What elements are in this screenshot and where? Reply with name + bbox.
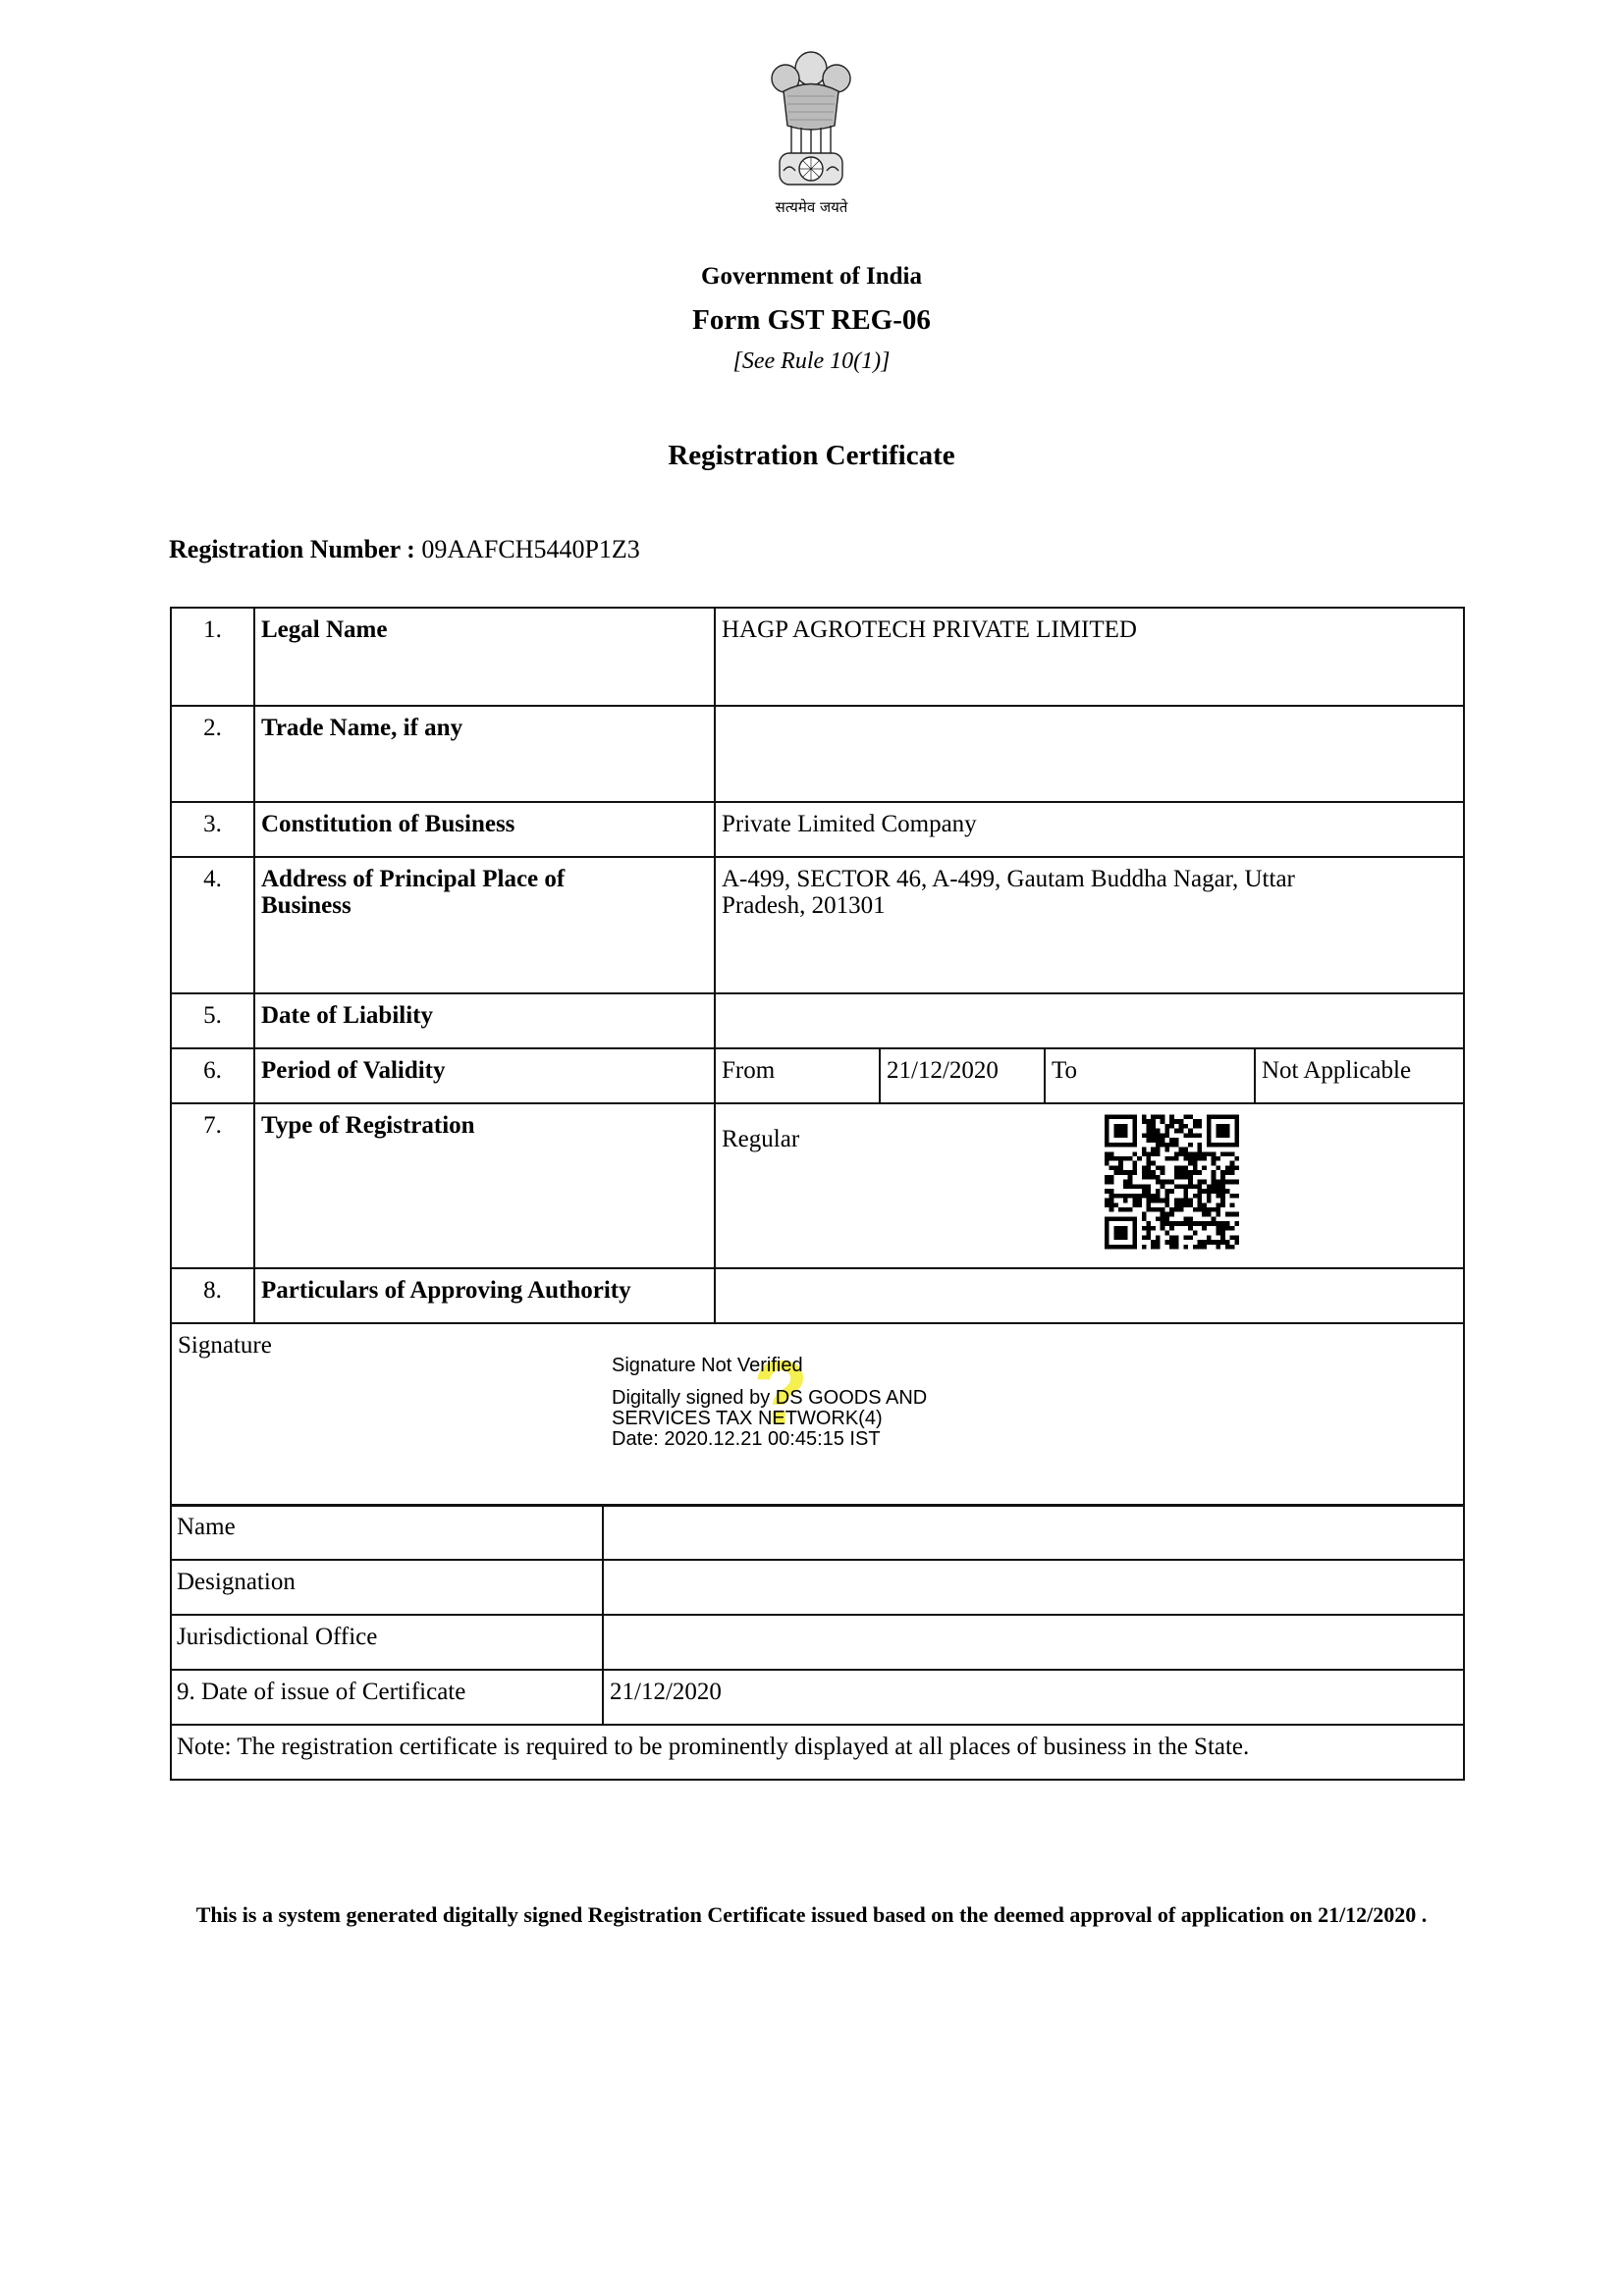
footer-statement: This is a system generated digitally sig… bbox=[0, 1902, 1623, 1928]
row-number: 8. bbox=[171, 1268, 254, 1323]
registration-number-value: 09AAFCH5440P1Z3 bbox=[421, 535, 639, 563]
certificate-table: 1. Legal Name HAGP AGROTECH PRIVATE LIMI… bbox=[170, 607, 1465, 1507]
row-number: 1. bbox=[171, 608, 254, 706]
constitution-value: Private Limited Company bbox=[715, 802, 1464, 857]
registration-number-label: Registration Number : bbox=[169, 535, 415, 563]
table-row: 5. Date of Liability bbox=[171, 993, 1464, 1048]
authority-label: Designation bbox=[171, 1560, 603, 1615]
validity-from-value: 21/12/2020 bbox=[880, 1048, 1045, 1103]
table-row: 1. Legal Name HAGP AGROTECH PRIVATE LIMI… bbox=[171, 608, 1464, 706]
row-label: Type of Registration bbox=[254, 1103, 715, 1268]
trade-name-value bbox=[715, 706, 1464, 802]
authority-label: 9. Date of issue of Certificate bbox=[171, 1670, 603, 1725]
authority-table: Name Designation Jurisdictional Office 9… bbox=[170, 1504, 1465, 1781]
row-number: 4. bbox=[171, 857, 254, 993]
row-number: 3. bbox=[171, 802, 254, 857]
approving-authority-value bbox=[715, 1268, 1464, 1323]
address-value: A-499, SECTOR 46, A-499, Gautam Buddha N… bbox=[715, 857, 1464, 993]
table-row: Name bbox=[171, 1505, 1464, 1560]
table-row: Jurisdictional Office bbox=[171, 1615, 1464, 1670]
rule-reference: [See Rule 10(1)] bbox=[0, 348, 1623, 375]
signature-line: SERVICES TAX NETWORK(4) bbox=[612, 1409, 927, 1429]
row-number: 5. bbox=[171, 993, 254, 1048]
signature-date: Date: 2020.12.21 00:45:15 IST bbox=[612, 1429, 927, 1450]
row-number: 2. bbox=[171, 706, 254, 802]
note-row: Note: The registration certificate is re… bbox=[171, 1725, 1464, 1780]
validity-to-label: To bbox=[1045, 1048, 1255, 1103]
authority-value bbox=[603, 1615, 1464, 1670]
signature-label: Signature bbox=[178, 1332, 272, 1359]
motto: सत्यमेव जयते bbox=[0, 197, 1623, 217]
table-row: 3. Constitution of Business Private Limi… bbox=[171, 802, 1464, 857]
row-label: Particulars of Approving Authority bbox=[254, 1268, 715, 1323]
authority-label: Name bbox=[171, 1505, 603, 1560]
qr-code-icon bbox=[1105, 1112, 1239, 1252]
row-label: Date of Liability bbox=[254, 993, 715, 1048]
row-label: Address of Principal Place of Business bbox=[254, 857, 715, 993]
table-row: 6. Period of Validity From 21/12/2020 To… bbox=[171, 1048, 1464, 1103]
table-row: Designation bbox=[171, 1560, 1464, 1615]
issue-date-value: 21/12/2020 bbox=[603, 1670, 1464, 1725]
table-row: 2. Trade Name, if any bbox=[171, 706, 1464, 802]
row-label: Legal Name bbox=[254, 608, 715, 706]
table-row: 9. Date of issue of Certificate 21/12/20… bbox=[171, 1670, 1464, 1725]
national-emblem-icon bbox=[762, 47, 860, 194]
validity-from-label: From bbox=[715, 1048, 880, 1103]
date-of-liability-value bbox=[715, 993, 1464, 1048]
table-row: 7. Type of Registration Regular bbox=[171, 1103, 1464, 1268]
digital-signature-block[interactable]: Signature Not Verified Digitally signed … bbox=[612, 1356, 927, 1450]
government-heading: Government of India bbox=[0, 263, 1623, 291]
authority-value bbox=[603, 1560, 1464, 1615]
row-label: Trade Name, if any bbox=[254, 706, 715, 802]
authority-value bbox=[603, 1505, 1464, 1560]
certificate-title: Registration Certificate bbox=[0, 440, 1623, 472]
registration-type-text: Regular bbox=[722, 1126, 799, 1152]
row-number: 6. bbox=[171, 1048, 254, 1103]
signature-cell: Signature ? Signature Not Verified Digit… bbox=[171, 1323, 1464, 1506]
signature-row: Signature ? Signature Not Verified Digit… bbox=[171, 1323, 1464, 1506]
signature-status: Signature Not Verified bbox=[612, 1356, 927, 1376]
authority-label: Jurisdictional Office bbox=[171, 1615, 603, 1670]
validity-to-value: Not Applicable bbox=[1255, 1048, 1464, 1103]
legal-name-value: HAGP AGROTECH PRIVATE LIMITED bbox=[715, 608, 1464, 706]
table-row: 8. Particulars of Approving Authority bbox=[171, 1268, 1464, 1323]
table-row: 4. Address of Principal Place of Busines… bbox=[171, 857, 1464, 993]
row-number: 7. bbox=[171, 1103, 254, 1268]
registration-number: Registration Number : 09AAFCH5440P1Z3 bbox=[169, 535, 640, 564]
note-text: Note: The registration certificate is re… bbox=[171, 1725, 1464, 1780]
registration-type-value: Regular bbox=[715, 1103, 1464, 1268]
row-label: Constitution of Business bbox=[254, 802, 715, 857]
form-title: Form GST REG-06 bbox=[0, 304, 1623, 337]
signature-line: Digitally signed by DS GOODS AND bbox=[612, 1388, 927, 1409]
row-label: Period of Validity bbox=[254, 1048, 715, 1103]
